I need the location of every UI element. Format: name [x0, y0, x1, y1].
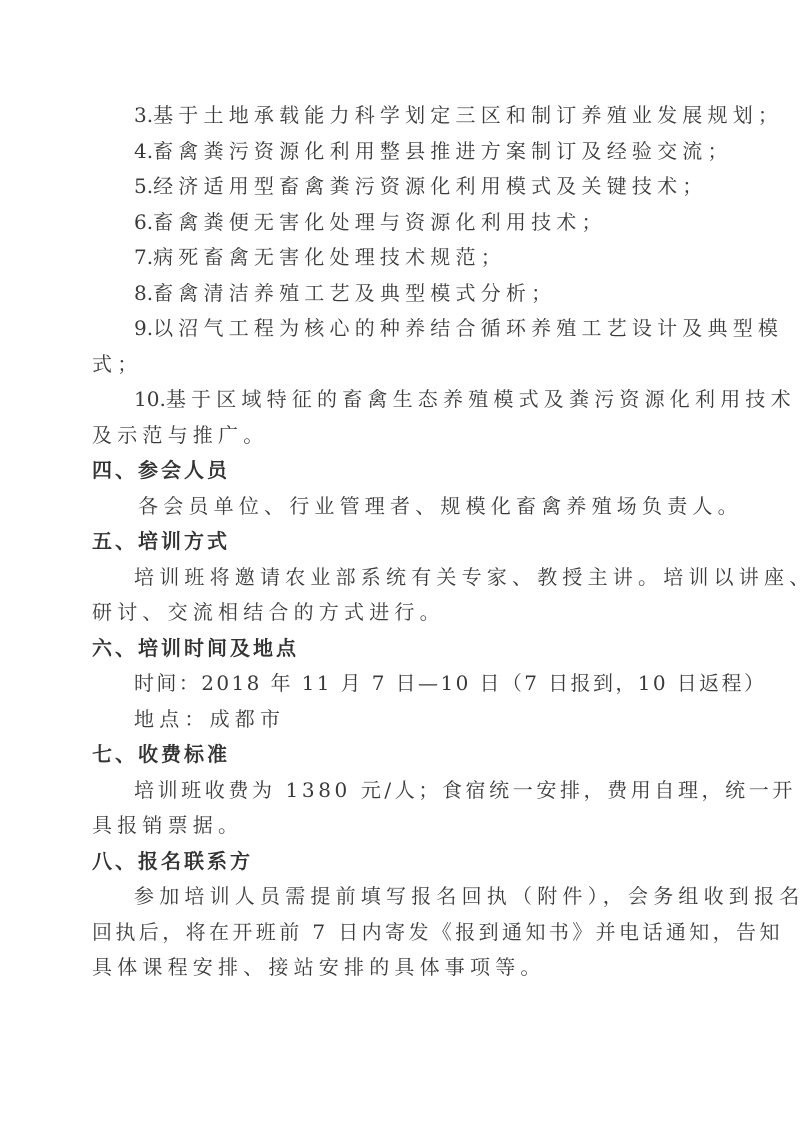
list-item-3: 3.基于土地承载能力科学划定三区和制订养殖业发展规划； [92, 98, 702, 134]
training-time: 时间：2018 年 11 月 7 日—10 日（7 日报到，10 日返程） [92, 666, 702, 702]
list-item-8: 8.畜禽清洁养殖工艺及典型模式分析； [92, 276, 702, 312]
fees-body-line2: 具报销票据。 [92, 808, 702, 844]
list-number: 7. [134, 245, 153, 269]
section-heading-fees: 七、收费标准 [92, 737, 702, 773]
section-heading-training-method: 五、培训方式 [92, 524, 702, 560]
registration-body-line3: 具体课程安排、接站安排的具体事项等。 [92, 950, 702, 986]
list-text: 畜禽清洁养殖工艺及典型模式分析； [153, 281, 556, 305]
list-item-7: 7.病死畜禽无害化处理技术规范； [92, 240, 702, 276]
list-text: 经济适用型畜禽粪污资源化利用模式及关键技术； [153, 174, 707, 198]
section-heading-attendees: 四、参会人员 [92, 453, 702, 489]
list-text: 病死畜禽无害化处理技术规范； [153, 245, 506, 269]
list-text: 畜禽粪便无害化处理与资源化利用技术； [153, 210, 607, 234]
list-text: 以沼气工程为核心的种养结合循环养殖工艺设计及典型模 [153, 316, 783, 340]
list-text: 畜禽粪污资源化利用整县推进方案制订及经验交流； [153, 139, 733, 163]
training-place: 地点：成都市 [92, 702, 702, 738]
list-item-10-line1: 10.基于区域特征的畜禽生态养殖模式及粪污资源化利用技术 [92, 382, 702, 418]
list-text: 基于土地承载能力科学划定三区和制订养殖业发展规划； [153, 103, 783, 127]
list-item-10-line2: 及示范与推广。 [92, 418, 702, 454]
list-item-9: 9.以沼气工程为核心的种养结合循环养殖工艺设计及典型模 式； [92, 311, 702, 382]
list-item-10: 10.基于区域特征的畜禽生态养殖模式及粪污资源化利用技术 及示范与推广。 [92, 382, 702, 453]
registration-body-line2: 回执后，将在开班前 7 日内寄发《报到通知书》并电话通知，告知 [92, 915, 702, 951]
list-item-9-line1: 9.以沼气工程为核心的种养结合循环养殖工艺设计及典型模 [92, 311, 702, 347]
list-item-6: 6.畜禽粪便无害化处理与资源化利用技术； [92, 205, 702, 241]
list-number: 5. [134, 174, 153, 198]
list-item-4: 4.畜禽粪污资源化利用整县推进方案制订及经验交流； [92, 134, 702, 170]
section-heading-time-place: 六、培训时间及地点 [92, 631, 702, 667]
fees-body-line1: 培训班收费为 1380 元/人；食宿统一安排，费用自理，统一开 [92, 773, 702, 809]
list-item-9-line2: 式； [92, 347, 702, 383]
training-method-body-line2: 研讨、交流相结合的方式进行。 [92, 595, 702, 631]
list-number: 8. [134, 281, 153, 305]
list-number: 3. [134, 103, 153, 127]
document-page: 3.基于土地承载能力科学划定三区和制订养殖业发展规划； 4.畜禽粪污资源化利用整… [92, 98, 702, 986]
list-number: 4. [134, 139, 153, 163]
list-text: 基于区域特征的畜禽生态养殖模式及粪污资源化利用技术 [166, 387, 796, 411]
training-method-body-line1: 培训班将邀请农业部系统有关专家、教授主讲。培训以讲座、 [92, 560, 702, 596]
registration-body-line1: 参加培训人员需提前填写报名回执（附件），会务组收到报名 [92, 879, 702, 915]
list-number: 6. [134, 210, 153, 234]
list-item-5: 5.经济适用型畜禽粪污资源化利用模式及关键技术； [92, 169, 702, 205]
section-heading-registration: 八、报名联系方 [92, 844, 702, 880]
list-number: 10. [134, 387, 166, 411]
attendees-body: 各会员单位、行业管理者、规模化畜禽养殖场负责人。 [92, 489, 702, 525]
list-number: 9. [134, 316, 153, 340]
